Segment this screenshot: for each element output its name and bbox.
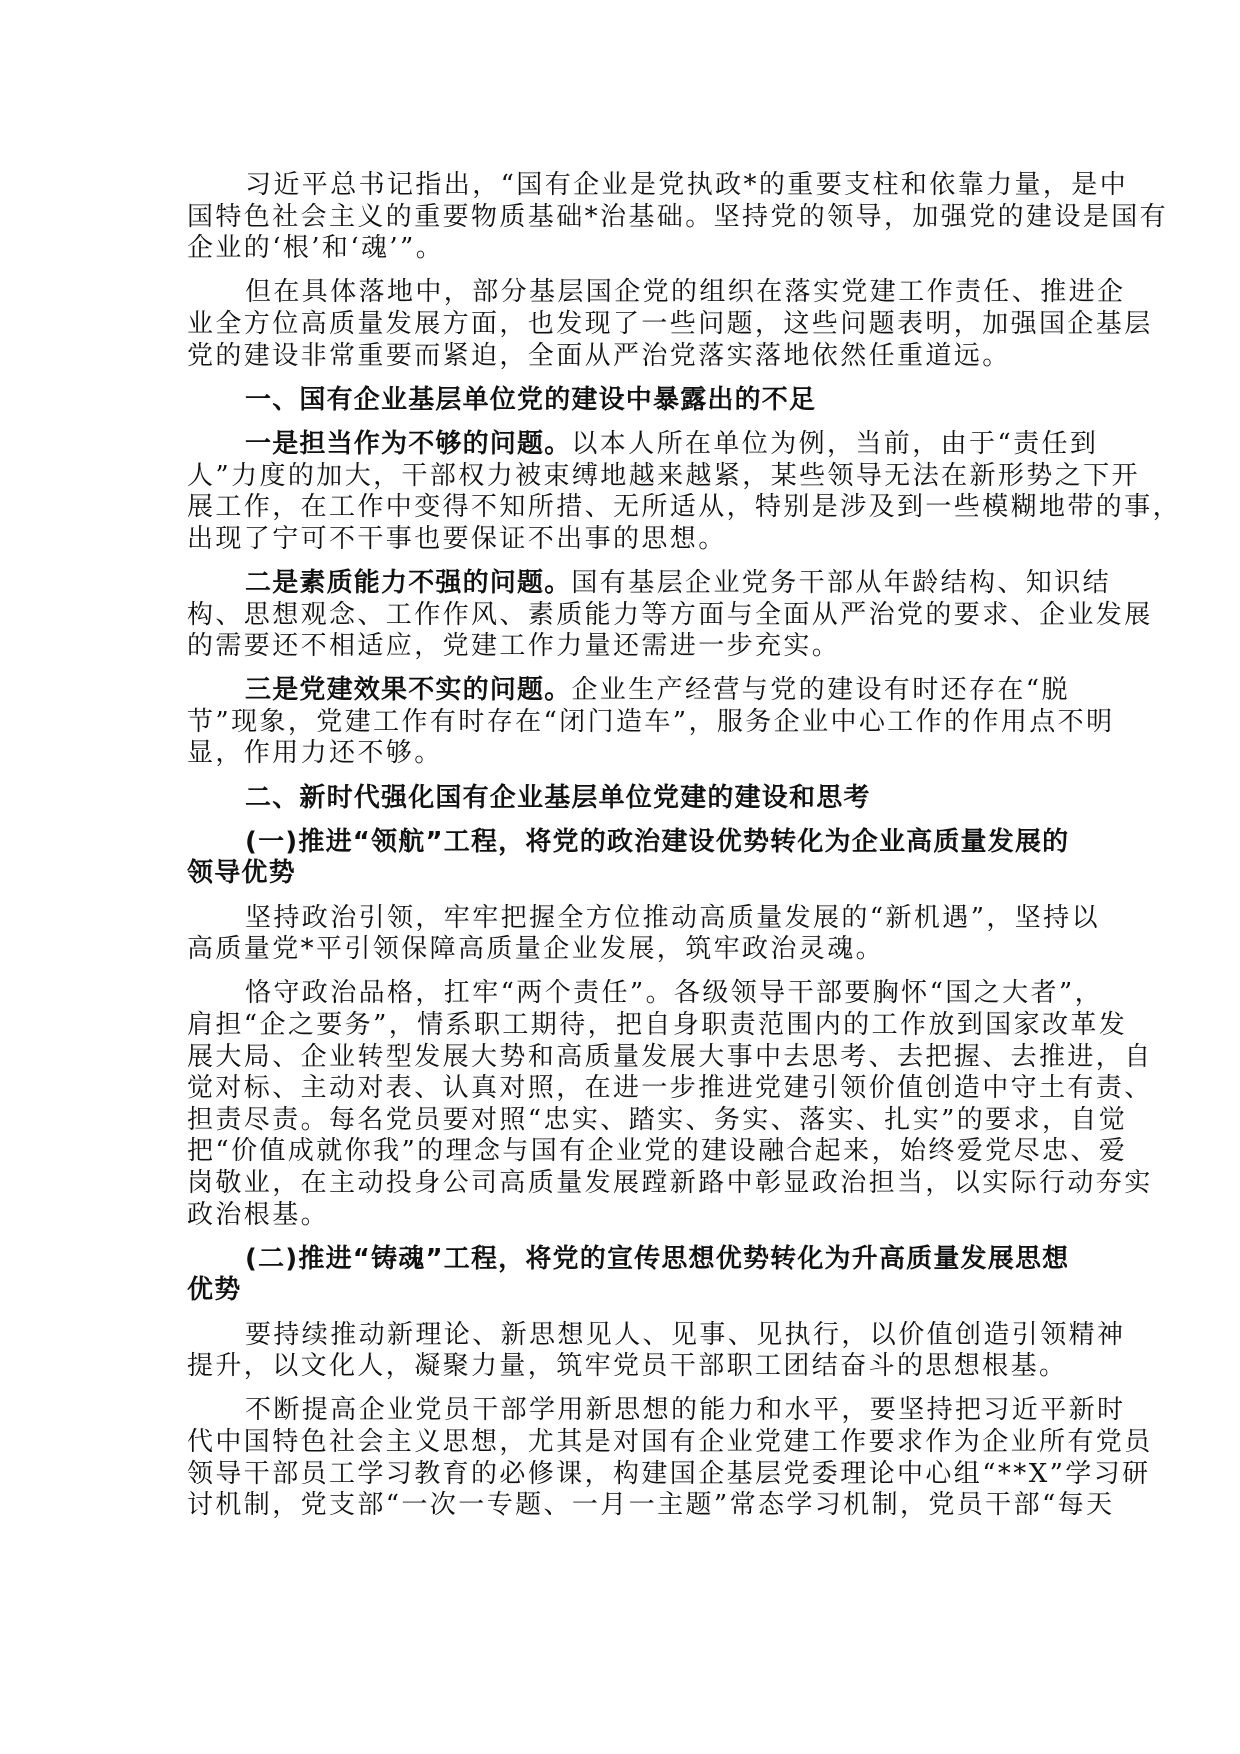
- text-line: 岗敬业，在主动投身公司高质量发展蹚新路中彰显政治担当，以实际行动夯实: [187, 1168, 1057, 1200]
- paragraph-problems-intro: 但在具体落地中，部分基层国企党的组织在落实党建工作责任、推进企 业全方位高质量发…: [187, 277, 1057, 372]
- text-line: 坚持政治引领，牢牢把握全方位推动高质量发展的“新机遇”，坚持以: [187, 903, 1057, 935]
- lead-phrase: 二是素质能力不强的问题。: [245, 568, 571, 598]
- text-line: 业全方位高质量发展方面，也发现了一些问题，这些问题表明，加强国企基层: [187, 309, 1057, 341]
- text-line: 担责尽责。每名党员要对照“忠实、踏实、务实、落实、扎实”的要求，自觉: [187, 1105, 1057, 1137]
- text-line: 的需要还不相适应，党建工作力量还需进一步充实。: [187, 631, 1057, 663]
- text-line: 代中国特色社会主义思想，尤其是对国有企业党建工作要求作为企业所有党员: [187, 1427, 1057, 1459]
- text-line: 国特色社会主义的重要物质基础*治基础。坚持党的领导，加强党的建设是国有: [187, 202, 1057, 234]
- lead-phrase: 三是党建效果不实的问题。: [245, 675, 571, 705]
- text-line: 政治根基。: [187, 1200, 1057, 1232]
- text-line: 企业的‘根’和‘魂’”。: [187, 233, 1057, 265]
- text-line: 讨机制，党支部“一次一专题、一月一主题”常态学习机制，党员干部“每天: [187, 1490, 1057, 1522]
- text-line: 构、思想观念、工作作风、素质能力等方面与全面从严治党的要求、企业发展: [187, 600, 1057, 632]
- text-line: 展工作，在工作中变得不知所措、无所适从，特别是涉及到一些模糊地带的事，: [187, 492, 1057, 524]
- subsection-heading-1: (一)推进“领航”工程，将党的政治建设优势转化为企业高质量发展的 领导优势: [187, 827, 1057, 890]
- lead-phrase: 一是担当作为不够的问题。: [245, 429, 571, 459]
- text-line: 提升，以文化人，凝聚力量，筑牢党员干部职工团结奋斗的思想根基。: [187, 1351, 1057, 1383]
- paragraph-political-guidance: 坚持政治引领，牢牢把握全方位推动高质量发展的“新机遇”，坚持以 高质量党*平引领…: [187, 903, 1057, 966]
- section-heading-1: 一、国有企业基层单位党的建设中暴露出的不足: [187, 385, 1057, 417]
- text-line-rest: 以本人所在单位为例，当前，由于“责任到: [571, 429, 1098, 459]
- text-line: 要持续推动新理论、新思想见人、见事、见执行，以价值创造引领精神: [187, 1320, 1057, 1352]
- heading-text: (一)推进“领航”工程，将党的政治建设优势转化为企业高质量发展的: [187, 827, 1057, 859]
- heading-text: 领导优势: [187, 858, 1057, 890]
- text-line: 出现了宁可不干事也要保证不出事的思想。: [187, 524, 1057, 556]
- text-line: 一是担当作为不够的问题。以本人所在单位为例，当前，由于“责任到: [187, 429, 1057, 461]
- heading-text: 一、国有企业基层单位党的建设中暴露出的不足: [187, 385, 1057, 417]
- text-line: 不断提高企业党员干部学用新思想的能力和水平，要坚持把习近平新时: [187, 1395, 1057, 1427]
- paragraph-study-mechanism: 不断提高企业党员干部学用新思想的能力和水平，要坚持把习近平新时 代中国特色社会主…: [187, 1395, 1057, 1521]
- text-line: 显，作用力还不够。: [187, 738, 1057, 770]
- text-line: 展大局、企业转型发展大势和高质量发展大事中去思考、去把握、去推进，自: [187, 1042, 1057, 1074]
- text-line: 把“价值成就你我”的理念与国有企业党的建设融合起来，始终爱党尽忠、爱: [187, 1136, 1057, 1168]
- text-line: 人”力度的加大，干部权力被束缚地越来越紧，某些领导无法在新形势之下开: [187, 461, 1057, 493]
- text-line: 三是党建效果不实的问题。企业生产经营与党的建设有时还存在“脱: [187, 675, 1057, 707]
- subsection-heading-2: (二)推进“铸魂”工程，将党的宣传思想优势转化为升高质量发展思想 优势: [187, 1244, 1057, 1307]
- heading-text: (二)推进“铸魂”工程，将党的宣传思想优势转化为升高质量发展思想: [187, 1244, 1057, 1276]
- heading-text: 二、新时代强化国有企业基层单位党建的建设和思考: [187, 783, 1057, 815]
- paragraph-intro-quote: 习近平总书记指出，“国有企业是党执政*的重要支柱和依靠力量，是中 国特色社会主义…: [187, 170, 1057, 265]
- text-line-rest: 国有基层企业党务干部从年龄结构、知识结: [571, 568, 1111, 598]
- text-line-rest: 企业生产经营与党的建设有时还存在“脱: [571, 675, 1070, 705]
- text-line: 恪守政治品格，扛牢“两个责任”。各级领导干部要胸怀“国之大者”，: [187, 978, 1057, 1010]
- paragraph-problem-2: 二是素质能力不强的问题。国有基层企业党务干部从年龄结构、知识结 构、思想观念、工…: [187, 568, 1057, 663]
- text-line: 肩担“企之要务”，情系职工期待，把自身职责范围内的工作放到国家改革发: [187, 1010, 1057, 1042]
- paragraph-theory-promotion: 要持续推动新理论、新思想见人、见事、见执行，以价值创造引领精神 提升，以文化人，…: [187, 1320, 1057, 1383]
- section-heading-2: 二、新时代强化国有企业基层单位党建的建设和思考: [187, 783, 1057, 815]
- paragraph-political-character: 恪守政治品格，扛牢“两个责任”。各级领导干部要胸怀“国之大者”， 肩担“企之要务…: [187, 978, 1057, 1231]
- text-line: 觉对标、主动对表、认真对照，在进一步推进党建引领价值创造中守土有责、: [187, 1073, 1057, 1105]
- text-line: 习近平总书记指出，“国有企业是党执政*的重要支柱和依靠力量，是中: [187, 170, 1057, 202]
- text-line: 但在具体落地中，部分基层国企党的组织在落实党建工作责任、推进企: [187, 277, 1057, 309]
- paragraph-problem-1: 一是担当作为不够的问题。以本人所在单位为例，当前，由于“责任到 人”力度的加大，…: [187, 429, 1057, 555]
- text-line: 二是素质能力不强的问题。国有基层企业党务干部从年龄结构、知识结: [187, 568, 1057, 600]
- text-line: 党的建设非常重要而紧迫，全面从严治党落实落地依然任重道远。: [187, 341, 1057, 373]
- paragraph-problem-3: 三是党建效果不实的问题。企业生产经营与党的建设有时还存在“脱 节”现象，党建工作…: [187, 675, 1057, 770]
- heading-text: 优势: [187, 1275, 1057, 1307]
- text-line: 领导干部员工学习教育的必修课，构建国企基层党委理论中心组“**X”学习研: [187, 1459, 1057, 1491]
- document-page: 习近平总书记指出，“国有企业是党执政*的重要支柱和依靠力量，是中 国特色社会主义…: [187, 170, 1057, 1534]
- text-line: 高质量党*平引领保障高质量企业发展，筑牢政治灵魂。: [187, 934, 1057, 966]
- text-line: 节”现象，党建工作有时存在“闭门造车”，服务企业中心工作的作用点不明: [187, 707, 1057, 739]
